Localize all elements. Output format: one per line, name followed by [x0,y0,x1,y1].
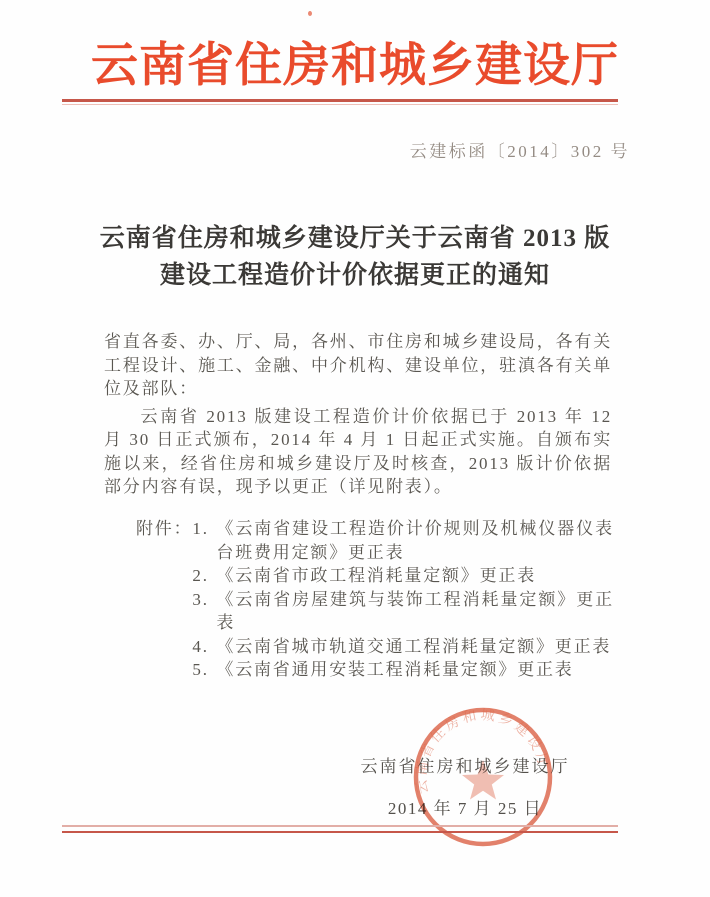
signature-date: 2014 年 7 月 25 日 [356,794,574,819]
agency-masthead: 云南省住房和城乡建设厅 [0,38,710,94]
notice-body: 省直各委、办、厅、局，各州、市住房和城乡建设局，各有关工程设计、施工、金融、中介… [104,330,612,499]
attachment-item-text: 《云南省通用安装工程消耗量定额》更正表 [216,658,614,682]
attachment-item-number: 3. [192,588,216,635]
notice-title-line-2: 建设工程造价计价依据更正的通知 [0,257,710,294]
salutation-paragraph: 省直各委、办、厅、局，各州、市住房和城乡建设局，各有关工程设计、施工、金融、中介… [104,330,612,401]
attachment-item-text: 《云南省建设工程造价计价规则及机械仪器仪表台班费用定额》更正表 [216,517,614,564]
attachment-item-text: 《云南省城市轨道交通工程消耗量定额》更正表 [216,635,614,659]
attachment-item: 1. 《云南省建设工程造价计价规则及机械仪器仪表台班费用定额》更正表 [192,517,614,564]
masthead-rule-top [62,99,618,102]
footer-rule-top [62,825,618,827]
attachment-item: 2. 《云南省市政工程消耗量定额》更正表 [192,564,614,588]
attachment-item-number: 4. [192,635,216,659]
notice-title: 云南省住房和城乡建设厅关于云南省 2013 版 建设工程造价计价依据更正的通知 [0,220,710,294]
document-reference-number: 云建标函〔2014〕302 号 [410,137,630,162]
attachments-block: 附件： 1. 《云南省建设工程造价计价规则及机械仪器仪表台班费用定额》更正表 2… [136,517,614,682]
attachment-item-number: 1. [192,517,216,564]
signature-agency: 云南省住房和城乡建设厅 [356,752,574,777]
attachments-label: 附件： [136,517,192,682]
attachment-item: 5. 《云南省通用安装工程消耗量定额》更正表 [192,658,614,682]
attachments-list: 1. 《云南省建设工程造价计价规则及机械仪器仪表台班费用定额》更正表 2. 《云… [192,517,614,682]
attachment-item-text: 《云南省房屋建筑与装饰工程消耗量定额》更正表 [216,588,614,635]
scanned-official-notice-page: 云南省住房和城乡建设厅 云建标函〔2014〕302 号 云南省住房和城乡建设厅关… [0,0,710,897]
body-paragraph: 云南省 2013 版建设工程造价计价依据已于 2013 年 12 月 30 日正… [104,405,612,499]
attachment-item: 4. 《云南省城市轨道交通工程消耗量定额》更正表 [192,635,614,659]
attachment-item: 3. 《云南省房屋建筑与装饰工程消耗量定额》更正表 [192,588,614,635]
notice-title-line-1: 云南省住房和城乡建设厅关于云南省 2013 版 [0,220,710,257]
attachment-item-number: 2. [192,564,216,588]
footer-rule-bottom [62,831,618,833]
masthead-rule-bottom [62,104,618,105]
scan-ink-speck [308,11,312,16]
signature-block: 云南省住房和城乡建设厅 2014 年 7 月 25 日 [356,752,574,819]
attachment-item-number: 5. [192,658,216,682]
attachment-item-text: 《云南省市政工程消耗量定额》更正表 [216,564,614,588]
